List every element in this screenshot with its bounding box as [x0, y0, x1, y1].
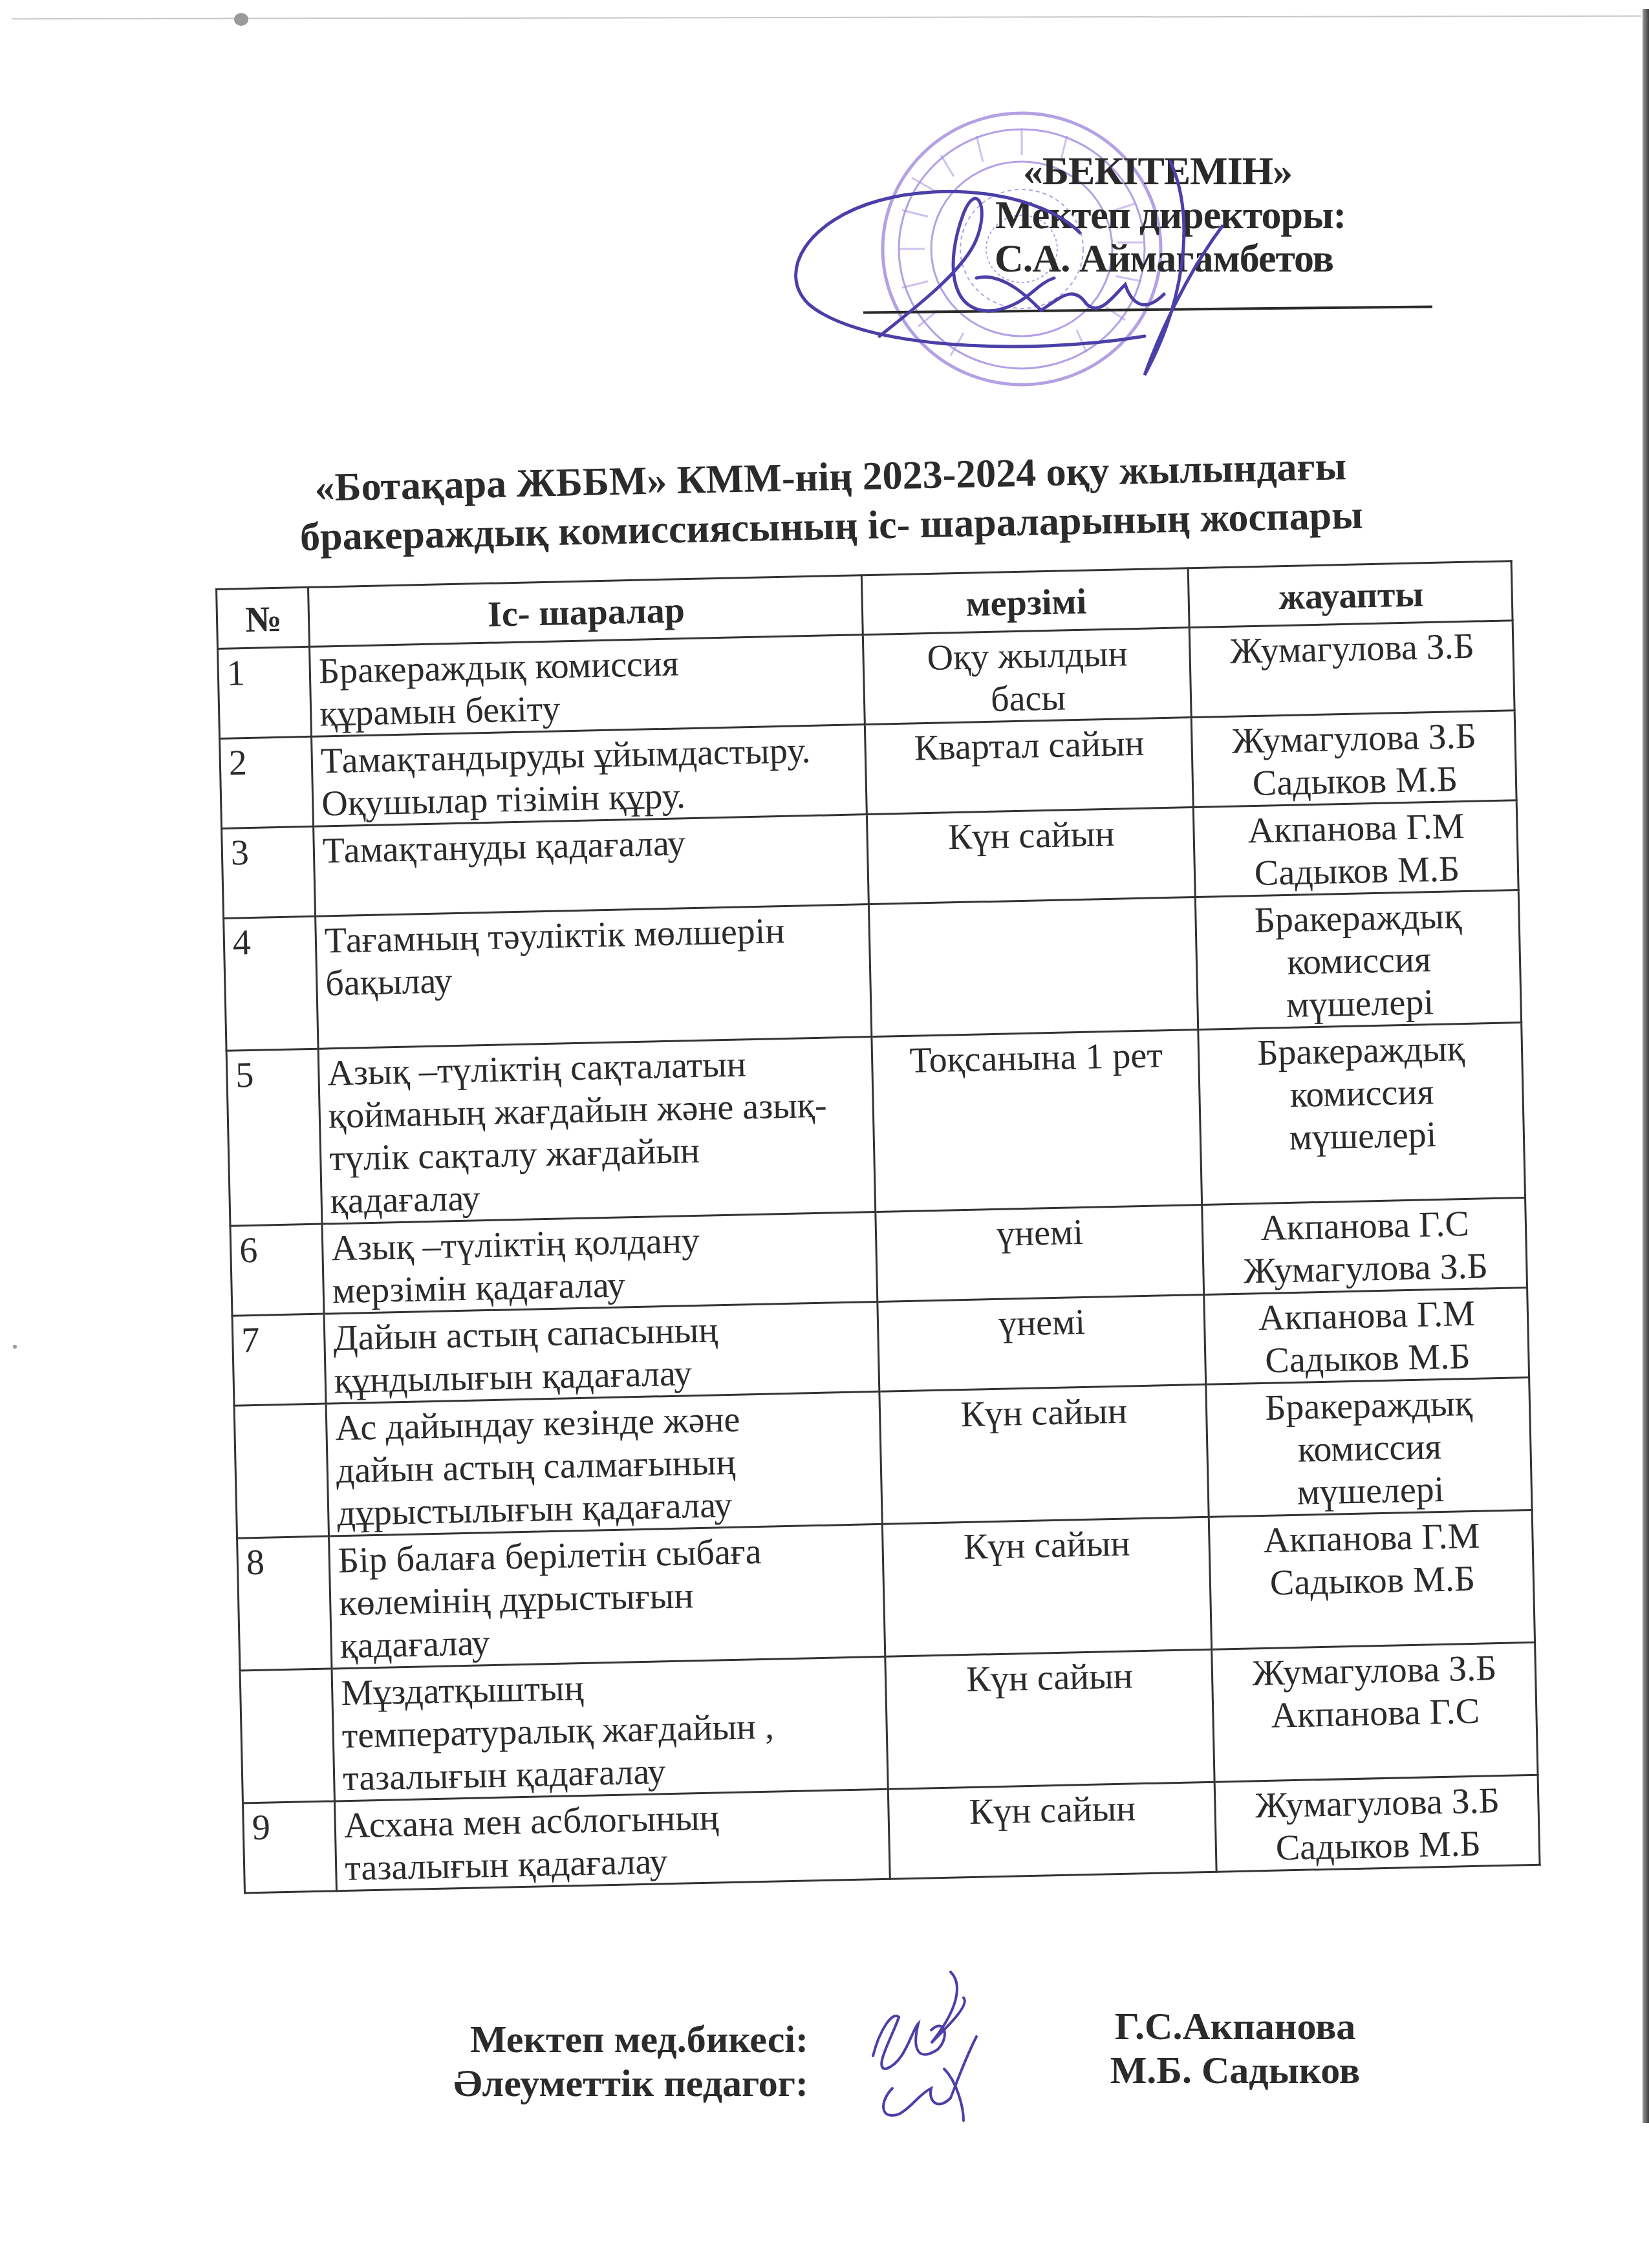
responsible-cell: Жумагулова З.БСадыков М.Б	[1191, 711, 1516, 808]
responsible-cell-line: мүшелері	[1206, 979, 1514, 1028]
term-cell: Күн сайын	[867, 808, 1195, 904]
table-row: 5Азық –түліктің сақталатынқойманың жағда…	[226, 1023, 1525, 1226]
responsible-cell-line: Акпанова Г.С	[1222, 1689, 1529, 1738]
responsible-cell-line: Садыков М.Б	[1218, 1556, 1526, 1605]
term-cell: үнемі	[876, 1204, 1204, 1301]
header-number: №	[217, 587, 310, 648]
plan-table: № Іс- шаралар мерзімі жауапты 1Бракеражд…	[215, 560, 1541, 1894]
responsible-cell-line: Садыков М.Б	[1201, 756, 1509, 806]
term-cell: Күн сайын	[882, 1517, 1211, 1656]
term-cell-line: үнемі	[886, 1298, 1197, 1347]
responsible-cell-line: Бракераждық	[1204, 893, 1512, 943]
row-number: 4	[224, 916, 318, 1051]
social-pedagogue-role: Әлеуметтік педагог:	[420, 2061, 808, 2105]
responsible-cell-line: мүшелері	[1216, 1466, 1524, 1515]
responsible-cell: Бракераждықкомиссиямүшелері	[1198, 1023, 1525, 1205]
term-cell-line: Күн сайын	[891, 1521, 1202, 1570]
term-cell: Тоқсанына 1 рет	[872, 1030, 1202, 1212]
responsible-cell-line: Садыков М.Б	[1214, 1334, 1522, 1383]
term-cell: Оқу жылдынбасы	[863, 628, 1191, 725]
activity-cell: Бракераждық комиссияқұрамын бекіту	[310, 635, 865, 737]
scan-edge-right	[1643, 9, 1649, 2123]
term-cell-line: Күн сайын	[897, 1786, 1208, 1835]
term-cell: Күн сайын	[885, 1649, 1214, 1789]
term-cell-line: Тоқсанына 1 рет	[880, 1033, 1191, 1082]
nurse-name: Г.С.Акпанова	[1067, 2004, 1403, 2048]
term-cell-line: Оқу жылдын	[872, 631, 1183, 680]
term-cell-line: Күн сайын	[876, 811, 1187, 860]
responsible-cell-line: Акпанова Г.С	[1211, 1201, 1518, 1250]
scan-speck	[13, 1345, 17, 1349]
header-responsible: жауапты	[1188, 561, 1513, 628]
term-cell-line: Күн сайын	[888, 1388, 1199, 1437]
row-number: 3	[222, 826, 316, 918]
responsible-cell-line: мүшелері	[1209, 1111, 1516, 1161]
activity-cell: Азық –түліктің қолданумерзімін қадағалау	[322, 1212, 878, 1314]
social-pedagogue-name: М.Б. Садыков	[1067, 2048, 1403, 2092]
responsible-cell-line: Жумагулова З.Б	[1200, 714, 1508, 763]
row-number: 8	[237, 1536, 332, 1671]
row-number: 1	[218, 647, 312, 738]
footer-names: Г.С.Акпанова М.Б. Садыков	[1067, 2004, 1403, 2092]
responsible-cell: Жумагулова З.Б	[1189, 621, 1514, 718]
responsible-cell: Акпанова Г.СЖумагулова З.Б	[1202, 1198, 1527, 1295]
term-cell-line: Квартал сайын	[874, 721, 1185, 770]
scan-edge-top	[12, 16, 1641, 19]
row-number: 6	[230, 1224, 324, 1316]
row-number: 5	[226, 1049, 322, 1226]
activity-cell: Мұздатқыштыңтемпературалық жағдайын ,таз…	[332, 1656, 888, 1801]
document-title: «Ботақара ЖББМ» КММ-нің 2023-2024 оқу жы…	[297, 442, 1366, 562]
responsible-cell-line: Бракераждық	[1207, 1026, 1514, 1075]
responsible-cell-line: комиссия	[1205, 936, 1513, 985]
responsible-cell: Акпанова Г.МСадыков М.Б	[1204, 1288, 1529, 1385]
responsible-cell-line: Акпанова Г.М	[1202, 804, 1510, 853]
activity-cell: Тамақтануды қадағалау	[314, 815, 869, 917]
responsible-cell-line: Бракераждық	[1214, 1381, 1522, 1430]
activity-cell: Тамақтандыруды ұйымдастыру.Оқушылар тізі…	[312, 725, 867, 827]
row-number: 2	[220, 736, 314, 828]
responsible-cell-line: Жумагулова З.Б	[1198, 624, 1506, 673]
responsible-cell: Акпанова Г.МСадыков М.Б	[1209, 1510, 1535, 1649]
responsible-cell-line: Садыков М.Б	[1203, 846, 1511, 895]
responsible-cell-line: комиссия	[1216, 1424, 1524, 1473]
nurse-role: Мектеп мед.бикесі:	[420, 2017, 808, 2061]
activity-cell: Тағамның тәуліктік мөлшерінбақылау	[316, 904, 872, 1049]
responsible-cell-line: Акпанова Г.М	[1212, 1291, 1520, 1340]
responsible-cell-line: Садыков М.Б	[1224, 1821, 1532, 1870]
term-cell-line: үнемі	[884, 1208, 1195, 1257]
footer-roles: Мектеп мед.бикесі: Әлеуметтік педагог:	[420, 2017, 808, 2105]
responsible-cell-line: Жумагулова З.Б	[1220, 1646, 1528, 1695]
term-cell: үнемі	[878, 1294, 1206, 1391]
row-number: 7	[232, 1314, 326, 1406]
responsible-cell-line: комиссия	[1208, 1069, 1516, 1118]
row-number: 9	[243, 1801, 337, 1893]
activity-cell: Ас дайындау кезінде жәнедайын астың салм…	[326, 1391, 882, 1536]
term-cell: Квартал сайын	[865, 718, 1193, 815]
responsible-cell-line: Жумагулова З.Б	[1223, 1779, 1531, 1828]
term-cell-line: Күн сайын	[894, 1653, 1205, 1702]
term-cell-line: басы	[872, 674, 1183, 723]
footer-signatures-icon	[854, 1959, 1035, 2127]
responsible-cell-line: Жумагулова З.Б	[1212, 1244, 1520, 1293]
term-cell	[868, 897, 1198, 1037]
responsible-cell: Жумагулова З.БСадыков М.Б	[1214, 1775, 1540, 1872]
activity-cell: Асхана мен асблогыныңтазалығын қадағалау	[334, 1789, 890, 1891]
activity-cell-line: Тамақтануды қадағалау	[322, 818, 860, 872]
plan-table-container: № Іс- шаралар мерзімі жауапты 1Бракеражд…	[215, 560, 1539, 1894]
responsible-cell: Бракераждықкомиссиямүшелері	[1195, 890, 1521, 1030]
activity-cell: Дайын астың сапасыныңқұндылығын қадағала…	[324, 1301, 879, 1404]
row-number	[240, 1669, 334, 1803]
responsible-cell-line: Акпанова Г.М	[1218, 1514, 1525, 1563]
row-number	[234, 1404, 329, 1538]
responsible-cell: Бракераждықкомиссиямүшелері	[1206, 1377, 1532, 1517]
director-signature-icon	[782, 142, 1300, 388]
header-term: мерзімі	[861, 568, 1189, 635]
activity-cell: Азық –түліктің сақталатынқойманың жағдай…	[318, 1037, 876, 1225]
responsible-cell: Жумагулова З.БАкпанова Г.С	[1212, 1642, 1538, 1782]
term-cell: Күн сайын	[888, 1782, 1216, 1879]
scan-speck	[234, 13, 248, 26]
activity-cell: Бір балаға берілетін сыбағакөлемінің дұр…	[329, 1524, 885, 1669]
responsible-cell: Акпанова Г.МСадыков М.Б	[1193, 800, 1518, 897]
term-cell: Күн сайын	[879, 1384, 1209, 1524]
